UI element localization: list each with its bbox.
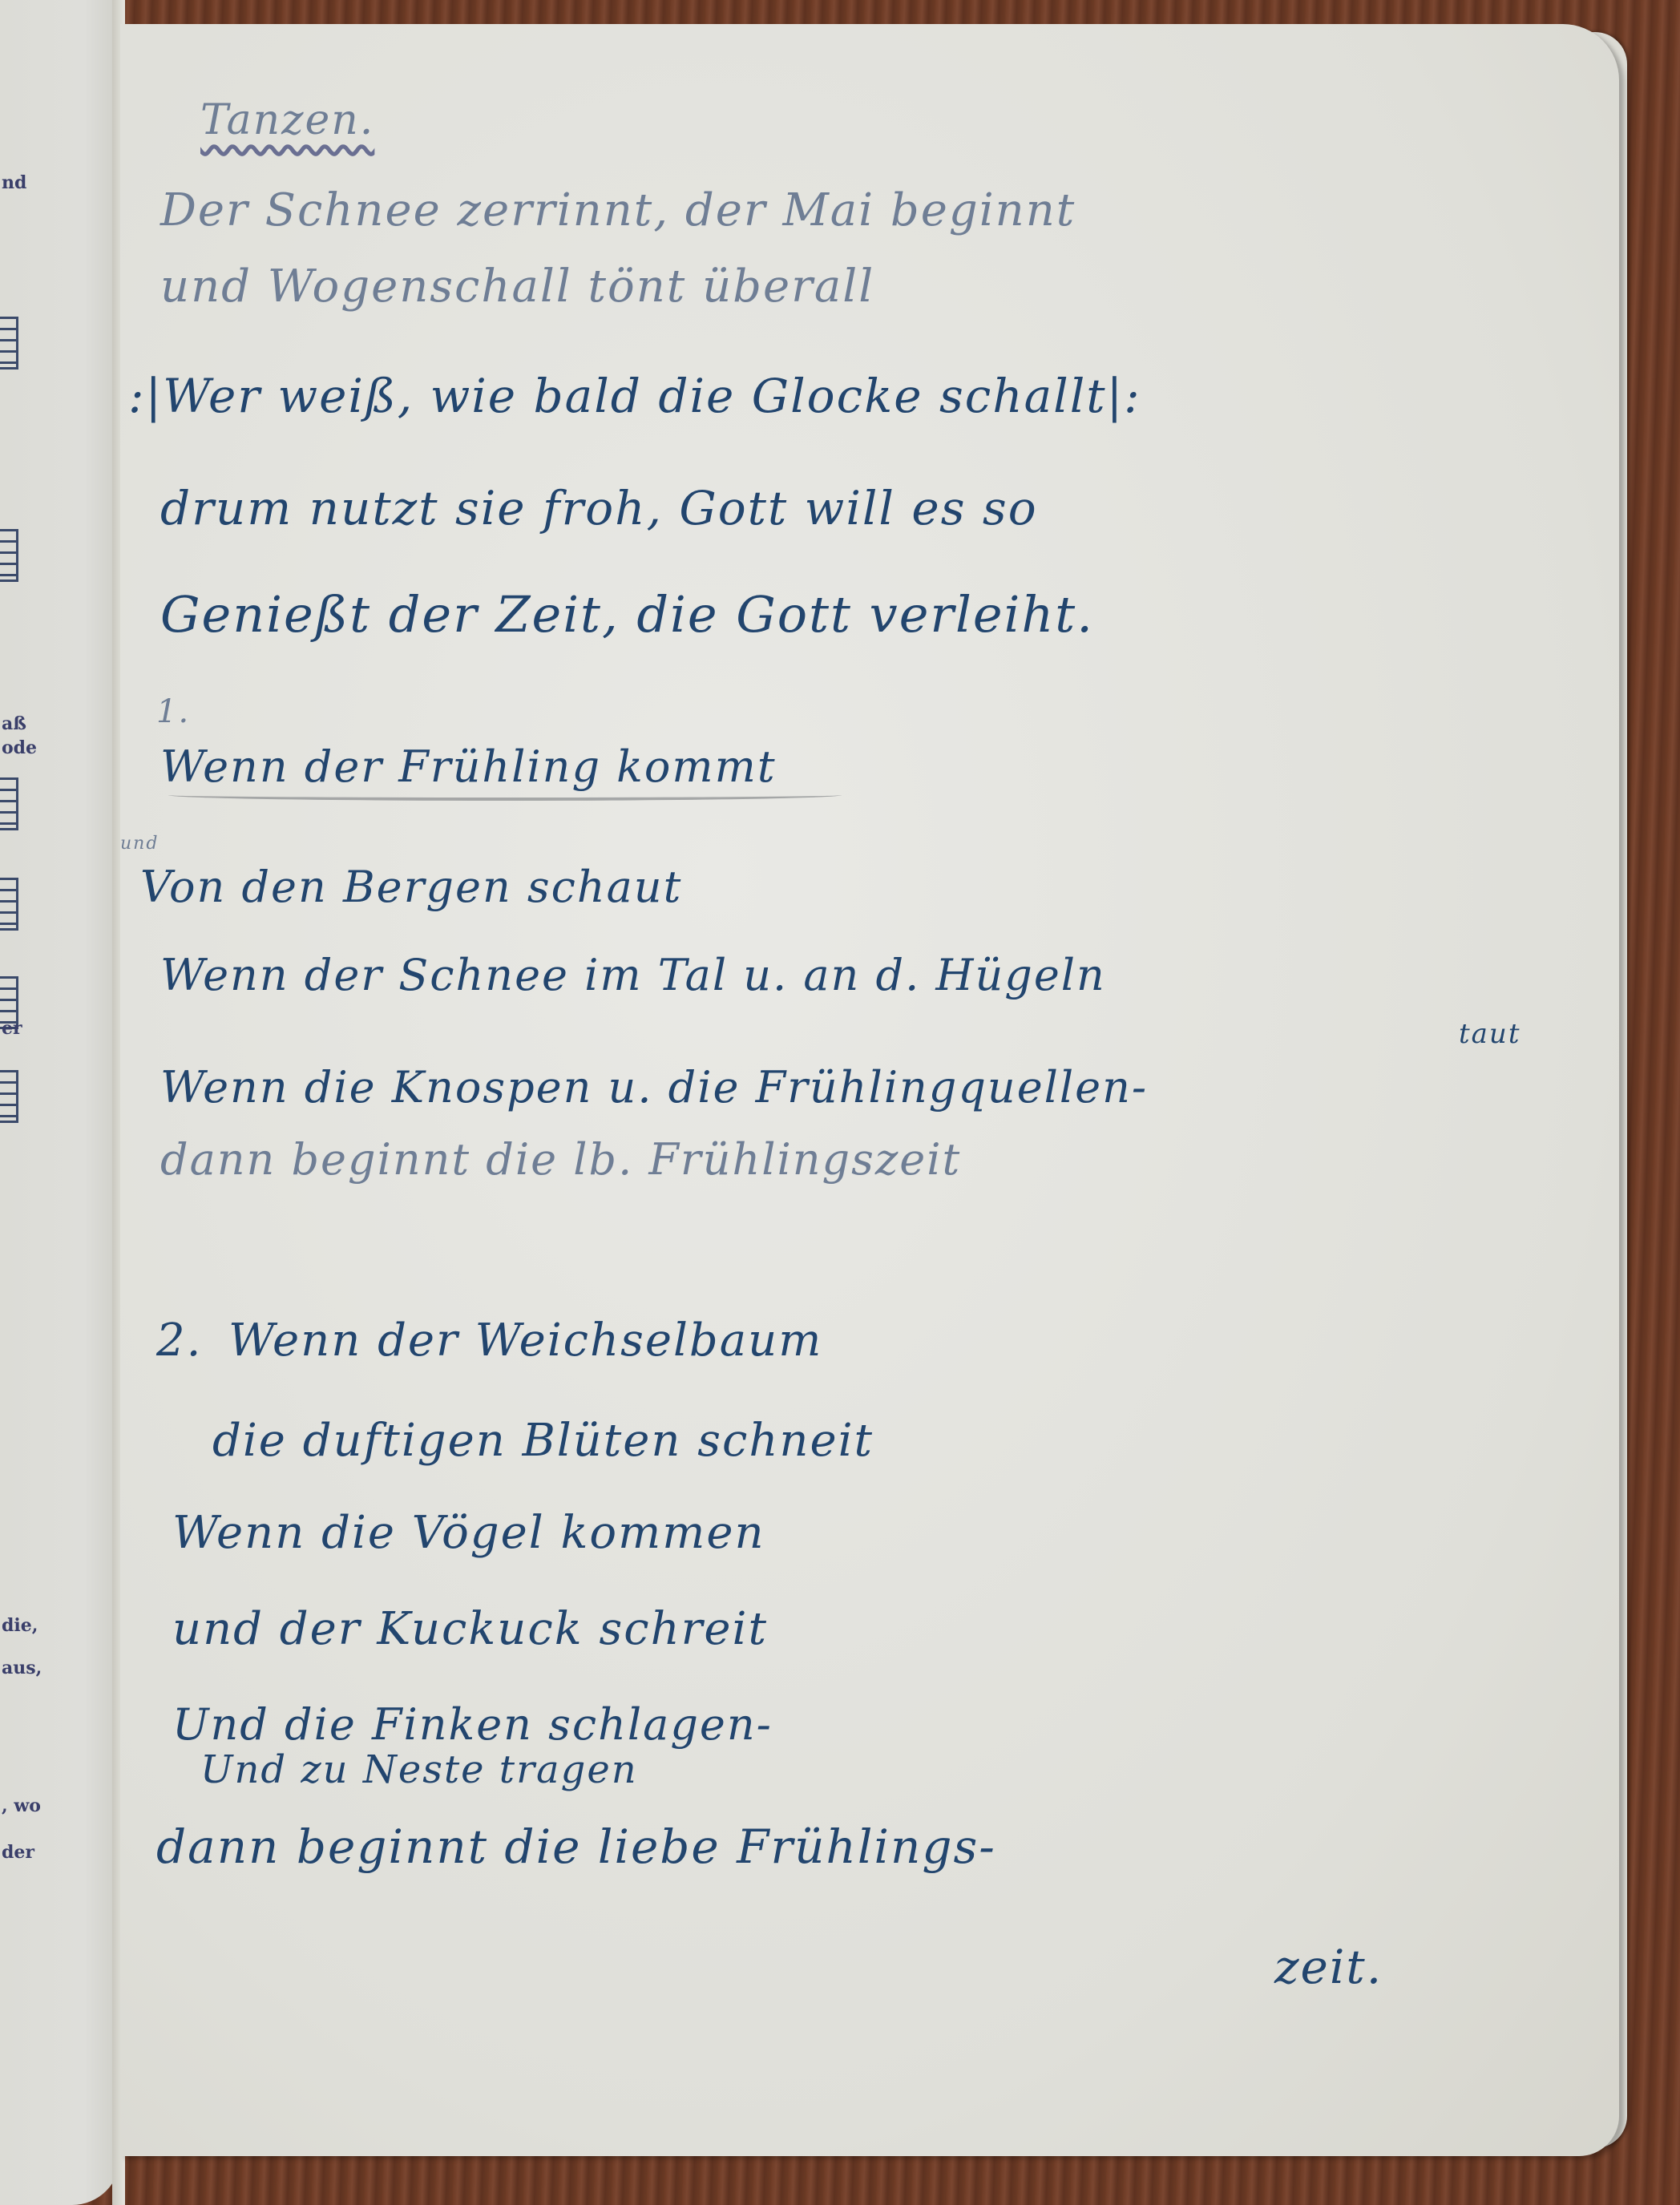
- verse-line: und der Kuckuck schreit: [172, 1603, 768, 1655]
- music-staff: [0, 1070, 18, 1123]
- verse-line: Wenn der Frühling kommt: [160, 741, 777, 792]
- music-staff: [0, 317, 18, 370]
- left-page-fragment: er: [2, 1018, 22, 1039]
- verse-line: Wenn die Knospen u. die Frühlingquellen-: [160, 1062, 1148, 1113]
- page-title: Tanzen.: [200, 96, 374, 144]
- verse-line: Wenn die Vögel kommen: [172, 1507, 765, 1559]
- music-staff: [0, 529, 18, 582]
- verse-line: Und zu Neste tragen: [200, 1747, 638, 1792]
- verse-line-continuation: taut: [1459, 1018, 1521, 1050]
- verse-line: Von den Bergen schaut: [140, 862, 682, 912]
- verse-line: die duftigen Blüten schneit: [212, 1415, 874, 1467]
- verse-number: 1.: [156, 693, 190, 730]
- intro-line: :|Wer weiß, wie bald die Glocke schallt|…: [128, 369, 1141, 423]
- left-page-fragment: die,: [2, 1615, 38, 1636]
- left-page-fragment: nd: [2, 172, 26, 193]
- left-page-fragment: aus,: [2, 1658, 42, 1678]
- verse-line-continuation: zeit.: [1274, 1940, 1383, 1994]
- verse-line: Wenn der Weichselbaum: [228, 1315, 822, 1367]
- strikethrough-wave: [168, 790, 842, 801]
- intro-line: Genießt der Zeit, die Gott verleiht.: [160, 585, 1094, 644]
- verse-insertion: und: [120, 834, 159, 854]
- left-page-fragment: aß: [2, 713, 26, 734]
- left-page-fragment: der: [2, 1842, 34, 1863]
- verse-number: 2.: [156, 1315, 202, 1367]
- verse-line: Und die Finken schlagen-: [172, 1699, 773, 1750]
- intro-line: und Wogenschall tönt überall: [160, 260, 874, 313]
- intro-line: Der Schnee zerrinnt, der Mai beginnt: [160, 184, 1076, 236]
- verse-line: dann beginnt die lb. Frühlingszeit: [160, 1134, 961, 1185]
- music-staff: [0, 878, 18, 931]
- verse-line: dann beginnt die liebe Frühlings-: [156, 1819, 996, 1874]
- left-page-fragment: , wo: [2, 1795, 41, 1816]
- left-page: nd aß ode er die, aus, , wo der: [0, 0, 120, 2205]
- verse-line: Wenn der Schnee im Tal u. an d. Hügeln: [160, 950, 1106, 1000]
- intro-line: drum nutzt sie froh, Gott will es so: [160, 481, 1038, 535]
- left-page-fragment: ode: [2, 737, 37, 758]
- music-staff: [0, 777, 18, 830]
